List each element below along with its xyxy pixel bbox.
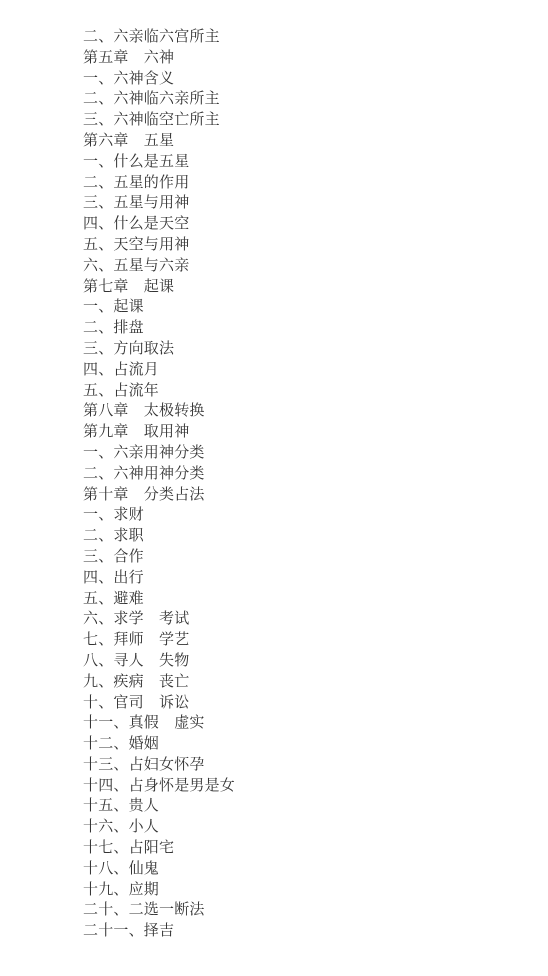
toc-item: 二、排盘 bbox=[83, 317, 235, 338]
toc-item: 十一、真假 虚实 bbox=[83, 712, 235, 733]
chapter-heading: 第五章 六神 bbox=[83, 47, 235, 68]
toc-item: 二、六神临六亲所主 bbox=[83, 88, 235, 109]
toc-item: 十、官司 诉讼 bbox=[83, 692, 235, 713]
toc-item: 十四、占身怀是男是女 bbox=[83, 775, 235, 796]
toc-item: 六、求学 考试 bbox=[83, 608, 235, 629]
chapter-heading: 第六章 五星 bbox=[83, 130, 235, 151]
toc-item: 二、六亲临六宫所主 bbox=[83, 26, 235, 47]
toc-item: 三、合作 bbox=[83, 546, 235, 567]
toc-item: 十六、小人 bbox=[83, 816, 235, 837]
table-of-contents: 二、六亲临六宫所主 第五章 六神 一、六神含义 二、六神临六亲所主 三、六神临空… bbox=[83, 26, 235, 941]
toc-item: 二十、二选一断法 bbox=[83, 899, 235, 920]
toc-item: 四、占流月 bbox=[83, 359, 235, 380]
toc-item: 二、六神用神分类 bbox=[83, 463, 235, 484]
toc-item: 一、起课 bbox=[83, 296, 235, 317]
toc-item: 三、方向取法 bbox=[83, 338, 235, 359]
toc-item: 二、五星的作用 bbox=[83, 172, 235, 193]
toc-item: 九、疾病 丧亡 bbox=[83, 671, 235, 692]
toc-item: 四、出行 bbox=[83, 567, 235, 588]
chapter-heading: 第八章 太极转换 bbox=[83, 400, 235, 421]
toc-item: 十八、仙鬼 bbox=[83, 858, 235, 879]
toc-item: 七、拜师 学艺 bbox=[83, 629, 235, 650]
toc-item: 二十一、择吉 bbox=[83, 920, 235, 941]
toc-item: 十三、占妇女怀孕 bbox=[83, 754, 235, 775]
toc-item: 十五、贵人 bbox=[83, 795, 235, 816]
toc-item: 一、什么是五星 bbox=[83, 151, 235, 172]
toc-item: 八、寻人 失物 bbox=[83, 650, 235, 671]
chapter-heading: 第九章 取用神 bbox=[83, 421, 235, 442]
toc-item: 五、占流年 bbox=[83, 380, 235, 401]
toc-item: 一、六亲用神分类 bbox=[83, 442, 235, 463]
toc-item: 十九、应期 bbox=[83, 879, 235, 900]
chapter-heading: 第七章 起课 bbox=[83, 276, 235, 297]
toc-item: 一、求财 bbox=[83, 504, 235, 525]
toc-item: 四、什么是天空 bbox=[83, 213, 235, 234]
toc-item: 二、求职 bbox=[83, 525, 235, 546]
toc-item: 五、避难 bbox=[83, 588, 235, 609]
toc-item: 三、六神临空亡所主 bbox=[83, 109, 235, 130]
chapter-heading: 第十章 分类占法 bbox=[83, 484, 235, 505]
toc-item: 六、五星与六亲 bbox=[83, 255, 235, 276]
toc-item: 十七、占阳宅 bbox=[83, 837, 235, 858]
toc-item: 一、六神含义 bbox=[83, 68, 235, 89]
toc-item: 五、天空与用神 bbox=[83, 234, 235, 255]
toc-item: 三、五星与用神 bbox=[83, 192, 235, 213]
toc-item: 十二、婚姻 bbox=[83, 733, 235, 754]
